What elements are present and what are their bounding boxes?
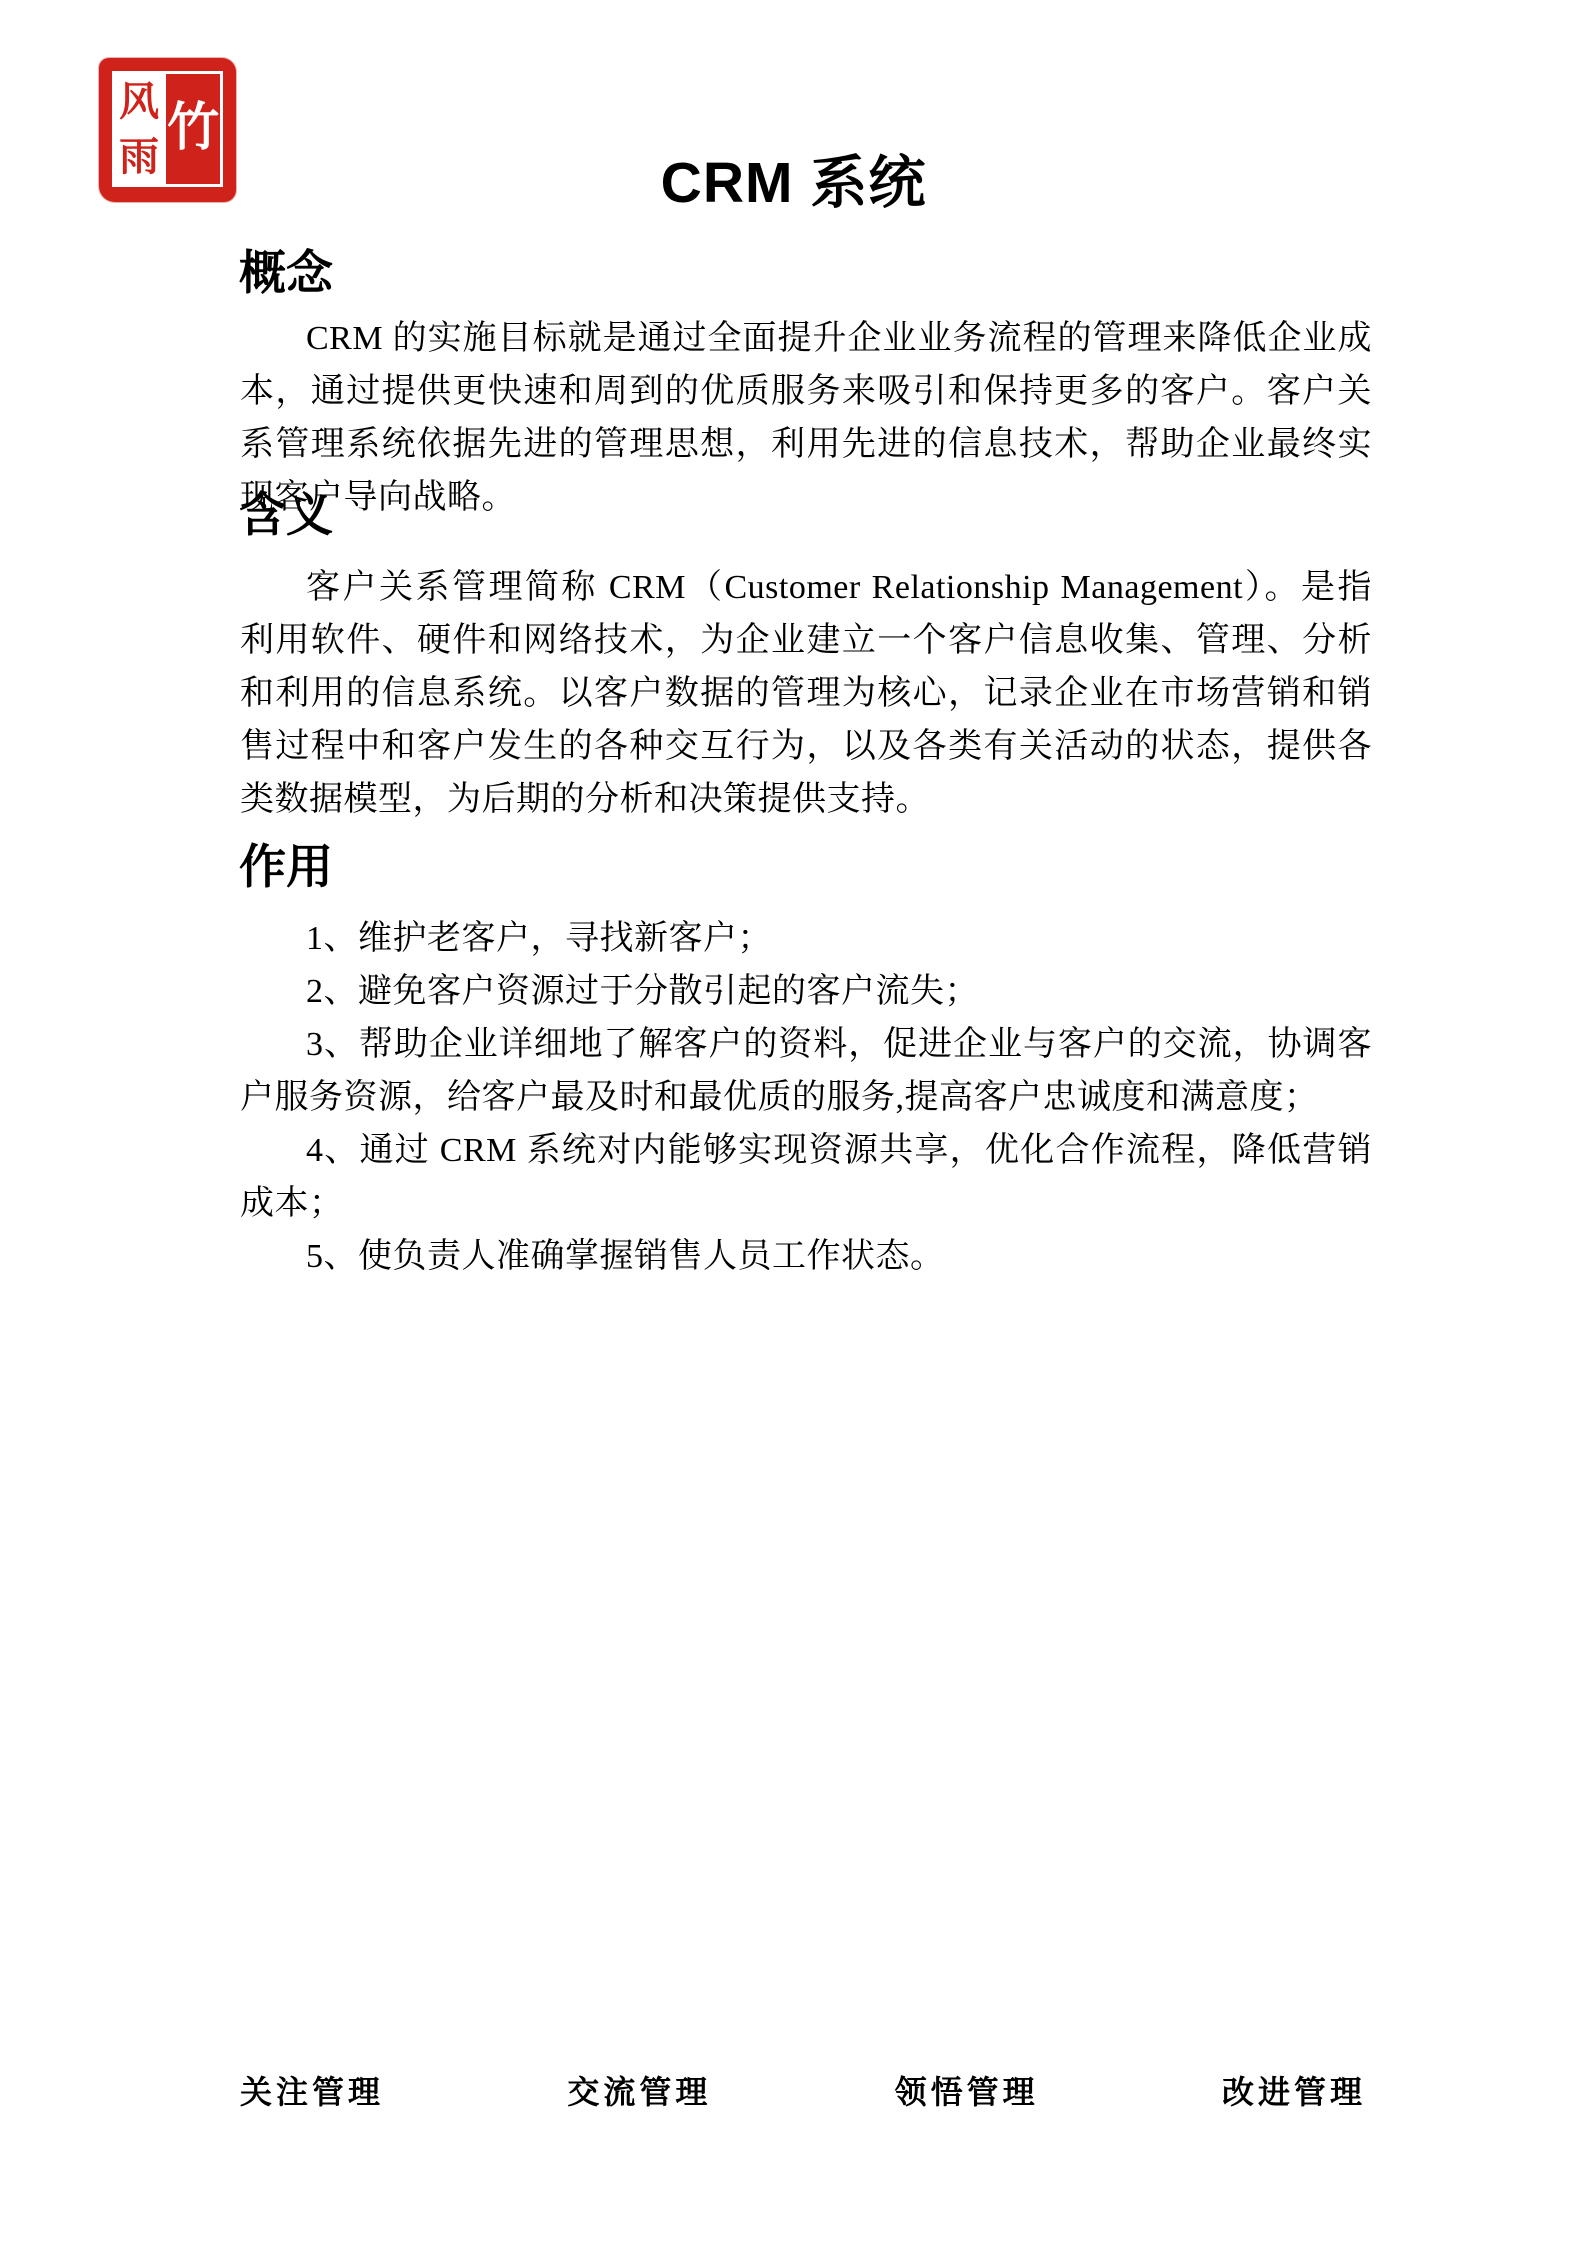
role-list-item-4: 4、通过 CRM 系统对内能够实现资源共享，优化合作流程，降低营销成本； [240,1124,1372,1230]
seal-char-wind: 风 [119,82,159,122]
role-list-item-5: 5、使负责人准确掌握销售人员工作状态。 [240,1230,1372,1283]
section-heading-meaning: 含义 [239,488,333,542]
section-heading-role: 作用 [239,840,333,894]
role-list: 1、维护老客户，寻找新客户； 2、避免客户资源过于分散引起的客户流失； 3、帮助… [240,912,1372,1283]
page-footer: 关注管理 交流管理 领悟管理 改进管理 [240,2072,1366,2112]
paragraph-concept: CRM 的实施目标就是通过全面提升企业业务流程的管理来降低企业成本，通过提供更快… [240,312,1372,524]
role-list-item-2: 2、避免客户资源过于分散引起的客户流失； [240,965,1372,1018]
document-page: 风 雨 竹 CRM 系统 概念 CRM 的实施目标就是通过全面提升企业业务流程的… [0,0,1587,2245]
footer-item-improvement: 改进管理 [1222,2072,1366,2112]
paragraph-meaning: 客户关系管理简称 CRM（Customer Relationship Manag… [240,561,1372,826]
footer-item-attention: 关注管理 [240,2072,384,2112]
footer-item-communication: 交流管理 [567,2072,711,2112]
document-title: CRM 系统 [0,148,1587,218]
footer-item-comprehension: 领悟管理 [895,2072,1039,2112]
section-heading-concept: 概念 [239,246,333,300]
role-list-item-3: 3、帮助企业详细地了解客户的资料，促进企业与客户的交流，协调客户服务资源，给客户… [240,1018,1372,1124]
role-list-item-1: 1、维护老客户，寻找新客户； [240,912,1372,965]
